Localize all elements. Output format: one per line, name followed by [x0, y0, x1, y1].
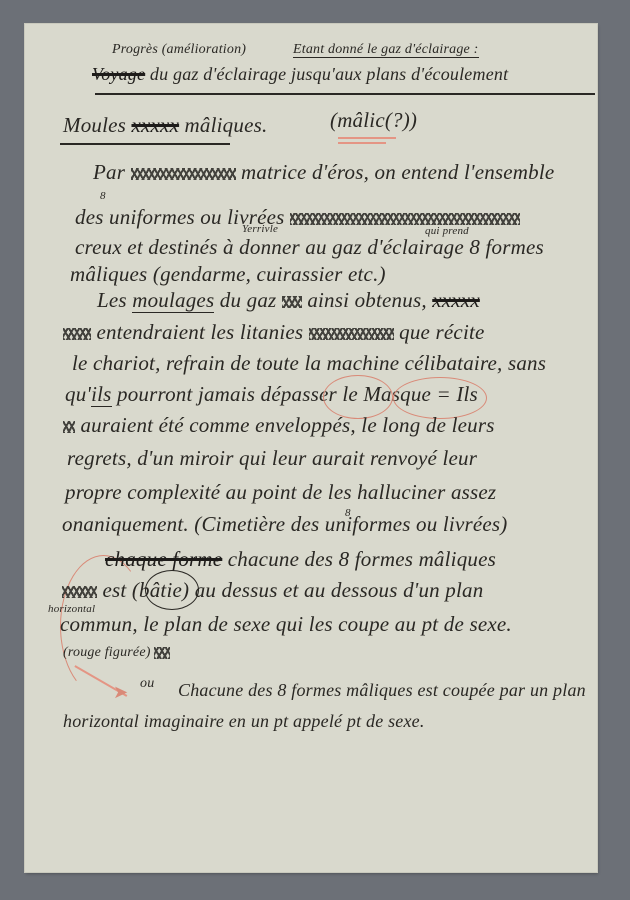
page-title: Moules xxxxx mâliques. — [63, 113, 267, 138]
text-line: onaniquement. (Cimetière des uniformes o… — [62, 512, 507, 537]
scribble-deletion — [282, 296, 302, 308]
ink-circle-annotation — [145, 570, 199, 610]
red-arrow-head-icon: ➤ — [113, 682, 128, 703]
text-line: auraient été comme enveloppés, le long d… — [63, 413, 495, 438]
header-rule — [95, 93, 595, 95]
text-line: Chacune des 8 formes mâliques est coupée… — [178, 680, 586, 701]
text-line: Par matrice d'éros, on entend l'ensemble — [93, 160, 554, 185]
title-annotation: (mâlic(?)) — [330, 108, 417, 133]
red-underline — [338, 142, 386, 144]
text-line: entendraient les litanies que récite — [63, 320, 485, 345]
title-underline — [60, 143, 230, 145]
scribble-deletion — [63, 421, 75, 433]
text-line: le chariot, refrain de toute la machine … — [72, 351, 546, 376]
text-line: commun, le plan de sexe qui les coupe au… — [60, 612, 512, 637]
text-line: Les moulages du gaz ainsi obtenus, xxxxx — [97, 288, 480, 313]
scribble-deletion — [62, 586, 97, 598]
header-line1-left: Progrès (amélioration) — [112, 42, 246, 58]
text-line: ou — [140, 676, 154, 692]
scribble-deletion — [290, 213, 520, 225]
struck-word: Voyage — [92, 64, 145, 84]
scribble-deletion — [63, 328, 91, 340]
scribble-deletion — [131, 168, 236, 180]
text-line: mâliques (gendarme, cuirassier etc.) — [70, 262, 386, 287]
text-line: (rouge figurée) — [63, 645, 170, 661]
header-line2: Voyage du gaz d'éclairage jusqu'aux plan… — [92, 64, 508, 85]
text-line: regrets, d'un miroir qui leur aurait ren… — [67, 446, 477, 471]
superscript: 8 — [100, 190, 106, 202]
red-underline — [338, 137, 396, 139]
text-line: chaque forme chacune des 8 formes mâliqu… — [105, 547, 496, 572]
text-line: horizontal imaginaire en un pt appelé pt… — [63, 711, 425, 732]
text-line: creux et destinés à donner au gaz d'écla… — [75, 235, 544, 260]
header-line1-right: Etant donné le gaz d'éclairage : — [293, 42, 479, 58]
scribble-deletion — [154, 647, 170, 659]
text-line: propre complexité au point de les halluc… — [65, 480, 496, 505]
scribble-deletion — [309, 328, 394, 340]
insertion-note: Yerrivle — [242, 223, 278, 235]
text-line: est (bâtie) au dessus et au dessous d'un… — [62, 578, 483, 603]
